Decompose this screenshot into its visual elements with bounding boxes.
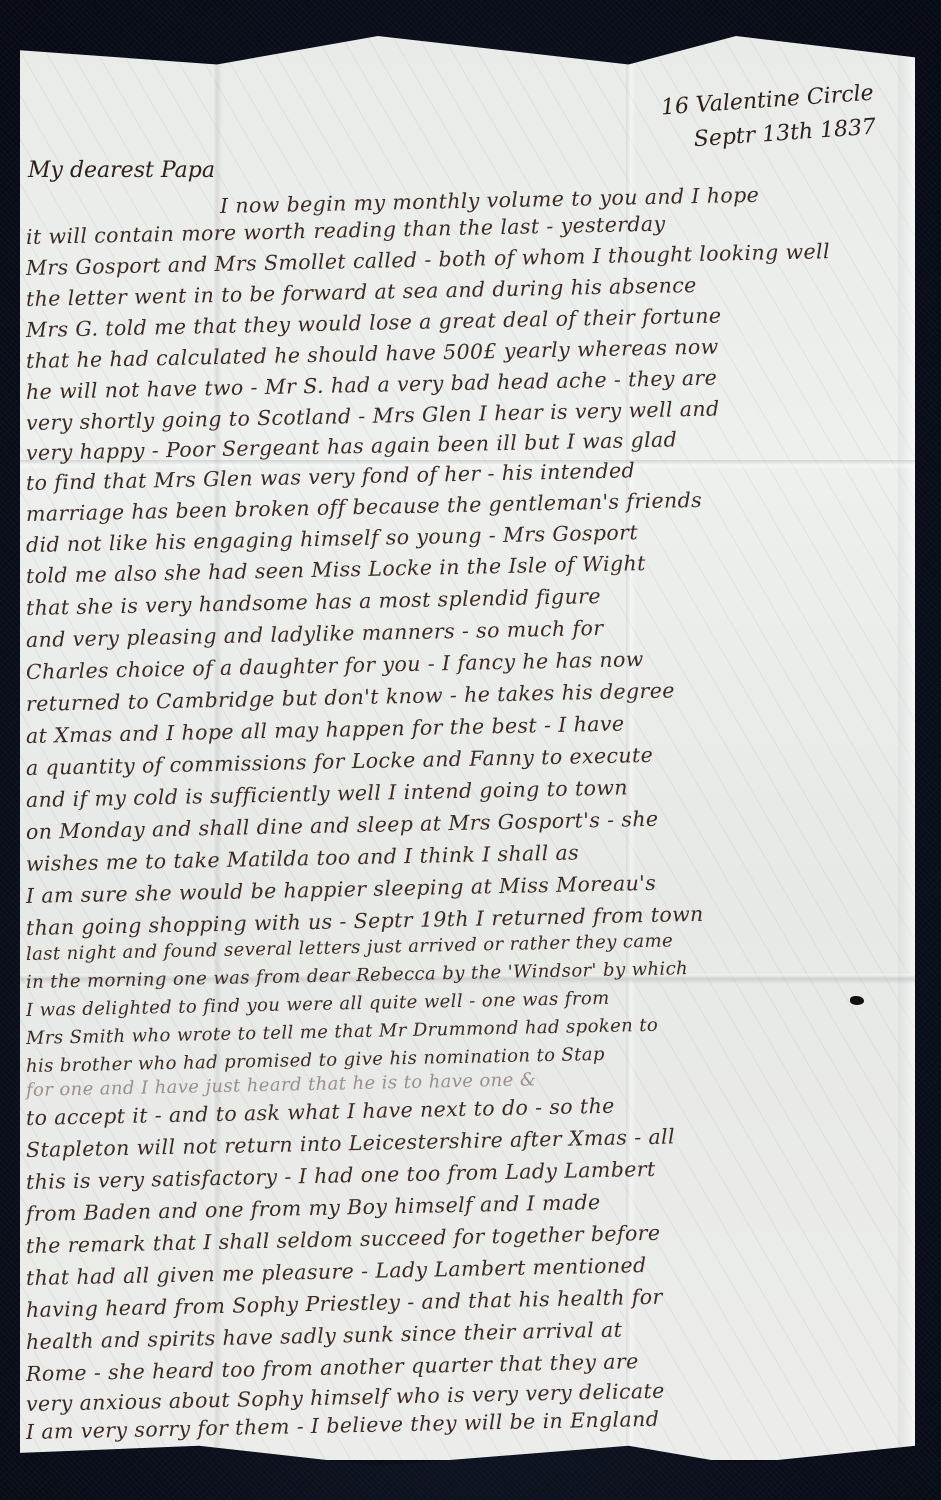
salutation: My dearest Papa <box>28 158 215 183</box>
letter-sheet: 16 Valentine Circle Septr 13th 1837 My d… <box>20 36 915 1460</box>
letter-text: 16 Valentine Circle Septr 13th 1837 My d… <box>20 36 915 1460</box>
letter-address: 16 Valentine Circle Septr 13th 1837 <box>660 77 877 160</box>
ink-blot <box>850 996 864 1005</box>
